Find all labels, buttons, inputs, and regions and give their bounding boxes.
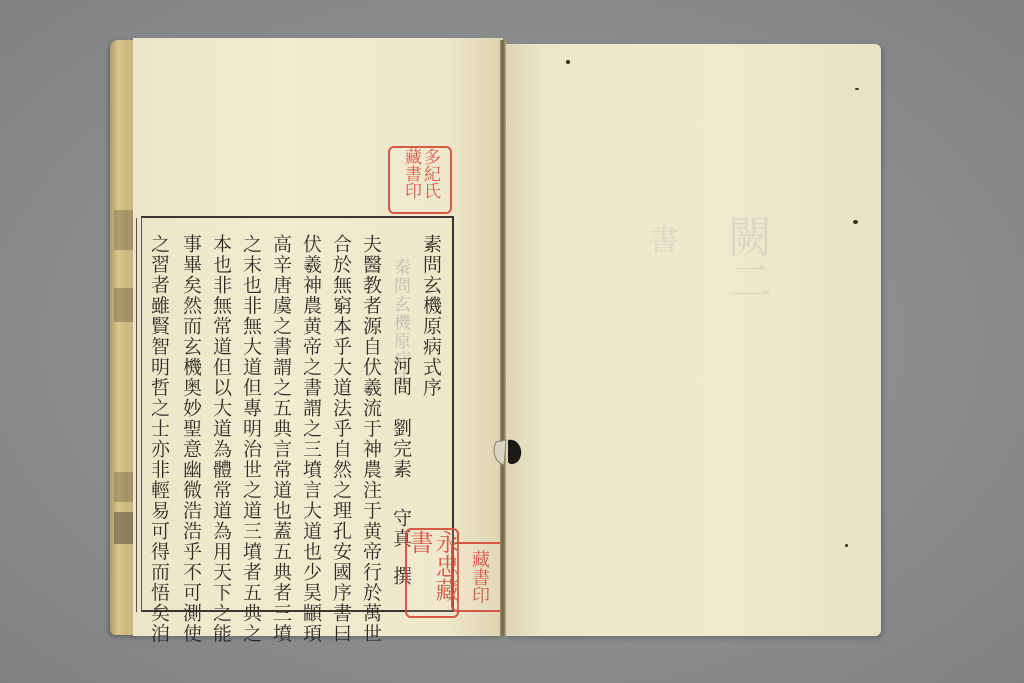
edge-mark (114, 288, 134, 322)
paper-speck (855, 88, 859, 90)
show-through-text: 闕二 (720, 214, 770, 302)
right-page: 闕二 書 (505, 44, 881, 636)
author-place: 河間 (390, 356, 412, 397)
text-column: 本也非無常道但以大道為體常道為用天下之能 (210, 234, 232, 644)
title-column: 素問玄機原病式序 (420, 234, 442, 398)
text-column: 之末也非無大道但專明治世之道三墳者五典之 (240, 234, 262, 644)
seal-bottom-right: 藏書印 (451, 542, 507, 612)
edge-mark (114, 512, 134, 544)
text-column: 之習者雖賢智明哲之士亦非輕易可得而悟矣洎 (148, 234, 170, 644)
edge-mark (114, 472, 134, 502)
paper-speck (566, 60, 570, 64)
show-through-text: 書 (635, 224, 685, 254)
text-column: 夫醫教者源自伏羲流于神農注于黄帝行於萬世 (360, 234, 382, 644)
text-column: 事畢矣然而玄機奥妙聖意幽微浩浩乎不可測使 (180, 234, 202, 644)
book-gutter (500, 40, 506, 636)
text-column: 高辛唐虞之書謂之五典言常道也蓋五典者三墳 (270, 234, 292, 644)
binding-thread-knot (490, 432, 524, 470)
edge-mark (114, 210, 134, 250)
seal-top: 多紀氏藏書印 (388, 146, 452, 214)
text-column: 合於無窮本乎大道法乎自然之理孔安國序書曰 (330, 234, 352, 644)
paper-speck (845, 544, 848, 547)
author-name: 劉完素 (390, 418, 412, 480)
text-column: 伏羲神農黄帝之書謂之三墳言大道也少昊顓頊 (300, 234, 322, 644)
paper-speck (853, 220, 858, 224)
left-page: 多紀氏藏書印 秦問玄機原病式 素問玄機原病式序 河間 劉完素 守真 撰 夫醫教者… (133, 38, 503, 636)
